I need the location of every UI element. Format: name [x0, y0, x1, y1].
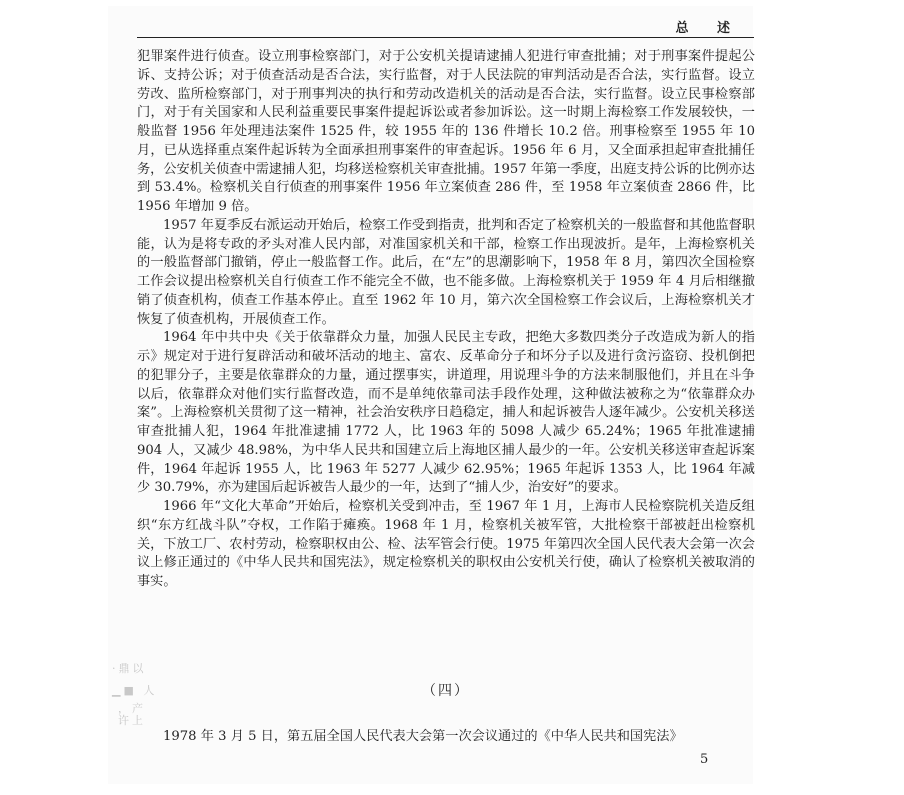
paragraph-2: 1957 年夏季反右派运动开始后，检察工作受到指责，批判和否定了检察机关的一般监…: [137, 217, 755, 330]
bleed-through-mark: 许上: [118, 712, 146, 728]
running-head-title: 总 述: [675, 17, 742, 36]
paragraph-4: 1966 年“文化大革命”开始后，检察机关受到冲击，至 1967 年 1 月，上…: [137, 498, 755, 592]
running-head: 总 述: [137, 15, 754, 38]
paragraph-5: 1978 年 3 月 5 日，第五届全国人民代表大会第一次会议通过的《中华人民共…: [137, 728, 755, 747]
body-text: 犯罪案件进行侦查。设立刑事检察部门，对于公安机关提请逮捕人犯进行审查批捕；对于刑…: [137, 48, 755, 592]
paragraph-3: 1964 年中共中央《关于依靠群众力量，加强人民民主专政，把绝大多数四类分子改造…: [137, 329, 755, 498]
section-first-line: 1978 年 3 月 5 日，第五届全国人民代表大会第一次会议通过的《中华人民共…: [137, 728, 755, 747]
page-number: 5: [700, 752, 708, 767]
paragraph-1: 犯罪案件进行侦查。设立刑事检察部门，对于公安机关提请逮捕人犯进行审查批捕；对于刑…: [137, 48, 755, 217]
bleed-through-mark: ·鼎以: [112, 660, 147, 676]
section-heading: （四）: [137, 680, 755, 700]
